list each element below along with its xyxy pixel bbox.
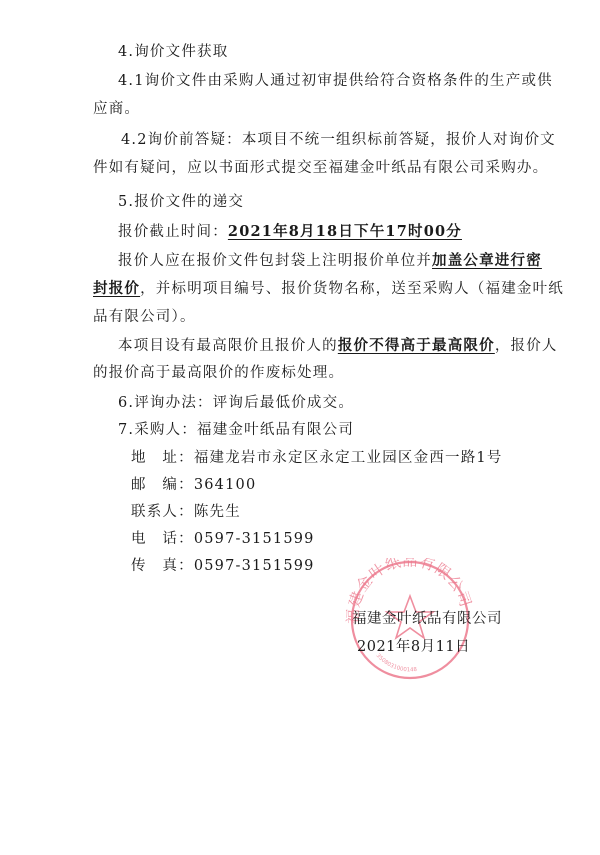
sealing-line3: 品有限公司）。 xyxy=(93,307,196,327)
signature-company: 福建金叶纸品有限公司 xyxy=(352,609,502,629)
contact-value: 福建龙岩市永定区永定工业园区金西一路1号 xyxy=(194,450,503,466)
price-limit-text-post: ，报价人 xyxy=(495,338,558,354)
section-4-1-line2: 应商。 xyxy=(93,99,140,119)
sealing-emphasis: 加盖公章进行密 xyxy=(432,252,542,269)
deadline-label: 报价截止时间： xyxy=(118,224,228,240)
contact-label: 电 话： xyxy=(131,529,194,549)
sealing-line1: 报价人应在报价文件包封袋上注明报价单位并加盖公章进行密 xyxy=(118,251,542,271)
contact-label: 传 真： xyxy=(131,556,194,576)
price-limit-text: 本项目设有最高限价且报价人的 xyxy=(118,338,338,354)
contact-value: 0597-3151599 xyxy=(194,558,315,574)
contact-address: 地 址：福建龙岩市永定区永定工业园区金西一路1号 xyxy=(131,448,503,468)
contact-value: 364100 xyxy=(194,477,257,493)
contact-label: 邮 编： xyxy=(131,475,194,495)
signature-date: 2021年8月11日 xyxy=(357,637,470,657)
sealing-text-cont: ，并标明项目编号、报价货物名称，送至采购人（福建金叶纸 xyxy=(140,281,564,297)
contact-value: 陈先生 xyxy=(194,504,241,520)
deadline-line: 报价截止时间：2021年8月18日下午17时00分 xyxy=(118,222,462,242)
contact-phone: 电 话：0597-3151599 xyxy=(131,529,315,549)
sealing-line2: 封报价，并标明项目编号、报价货物名称，送至采购人（福建金叶纸 xyxy=(93,279,564,299)
section-7-title: 7.采购人：福建金叶纸品有限公司 xyxy=(118,420,354,440)
section-4-title: 4.询价文件获取 xyxy=(118,42,228,62)
contact-label: 联系人： xyxy=(131,502,194,522)
price-limit-line2: 的报价高于最高限价的作废标处理。 xyxy=(93,363,344,383)
contact-value: 0597-3151599 xyxy=(194,531,315,547)
deadline-value: 2021年8月18日下午17时00分 xyxy=(228,223,462,240)
contact-postcode: 邮 编：364100 xyxy=(131,475,256,495)
sealing-text: 报价人应在报价文件包封袋上注明报价单位并 xyxy=(118,253,432,269)
sealing-emphasis-cont: 封报价 xyxy=(93,280,140,297)
price-limit-emphasis: 报价不得高于最高限价 xyxy=(338,337,495,354)
price-limit-line1: 本项目设有最高限价且报价人的报价不得高于最高限价，报价人 xyxy=(118,336,558,356)
section-4-2-line2: 件如有疑问，应以书面形式提交至福建金叶纸品有限公司采购办。 xyxy=(93,158,548,178)
section-4-1-line1: 4.1询价文件由采购人通过初审提供给符合资格条件的生产或供 xyxy=(118,71,553,91)
contact-fax: 传 真：0597-3151599 xyxy=(131,556,315,576)
section-4-2-line1: 4.2询价前答疑：本项目不统一组织标前答疑，报价人对询价文 xyxy=(121,130,556,150)
contact-person: 联系人：陈先生 xyxy=(131,502,241,522)
section-6: 6.评询办法：评询后最低价成交。 xyxy=(118,393,354,413)
contact-label: 地 址： xyxy=(131,448,194,468)
section-5-title: 5.报价文件的递交 xyxy=(118,192,244,212)
